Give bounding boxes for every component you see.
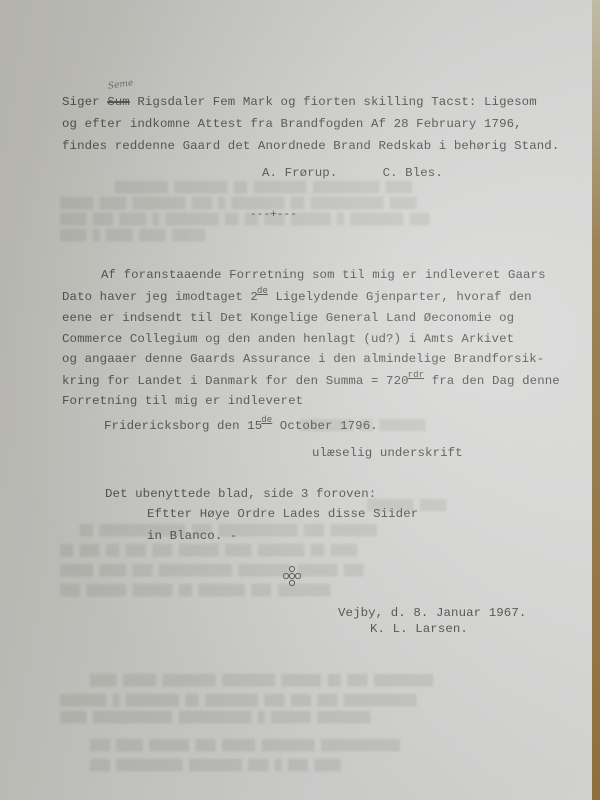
superscript: de xyxy=(261,415,272,425)
three-circles-ornament-icon xyxy=(282,565,302,589)
show-through-text: ████ ███ ████ █ ████████ ██ ██ ███ █████… xyxy=(60,214,430,226)
text-fragment: Dato haver jeg imodtaget 2 xyxy=(62,290,258,304)
text-fragment: Fridericksborg den 15 xyxy=(104,419,262,433)
text-line: Dato haver jeg imodtaget 2de Ligelydende… xyxy=(62,290,532,304)
signature-note: ulæselig underskrift xyxy=(312,446,463,460)
show-through-text: ████ █ ████ ████ █████ xyxy=(60,230,205,242)
show-through-text: ████ █████ ████████ ████████ ██████ ██ █… xyxy=(90,675,433,687)
text-line: kring for Landet i Danmark for den Summa… xyxy=(62,374,560,388)
show-through-text: ███ ██████████ ████████ ███ █ ███ ████ xyxy=(90,760,341,772)
text-fragment: October 1796. xyxy=(272,419,378,433)
text-line: Eftter Høye Ordre Lades disse Siider xyxy=(147,507,418,521)
signatures: A. Frørup. C. Bles. xyxy=(262,166,443,180)
text-line: Commerce Collegium og den anden henlagt … xyxy=(62,332,514,346)
text-fragment: kring for Landet i Danmark for den Summa… xyxy=(62,374,409,388)
text-fragment: Ligelydende Gjenparter, hvoraf den xyxy=(268,290,532,304)
date-line: Fridericksborg den 15de October 1796. xyxy=(104,419,378,433)
show-through-text: █████ ████ ████████ ███ █ ████████ ██ ██… xyxy=(60,198,416,210)
struck-word: Sum xyxy=(107,95,130,109)
show-through-text: █████ ████ ███ ███████████ ████████ ████… xyxy=(60,565,364,577)
text-line: Siger Sum Rigsdaler Fem Mark og fiorten … xyxy=(62,95,537,109)
text-fragment: Siger xyxy=(62,95,107,109)
text-line: Af foranstaaende Forretning som til mig … xyxy=(101,268,546,282)
text-fragment: Rigsdaler Fem Mark og fiorten skilling T… xyxy=(130,95,537,109)
text-fragment: fra den Dag denne xyxy=(424,374,560,388)
show-through-text: ██ ███ ██ ███ ███ ██████ ████ ███████ ██… xyxy=(60,545,357,557)
text-line: og efter indkomne Attest fra Brandfogden… xyxy=(62,117,522,131)
superscript: de xyxy=(257,286,268,296)
closing-place-date: Vejby, d. 8. Januar 1967. xyxy=(338,606,526,620)
show-through-text: ███████ █ ████████ ██ ████████ ███ ███ █… xyxy=(60,695,416,707)
show-through-text: ████ ████████████ ███████████ █ ██████ █… xyxy=(60,712,377,724)
closing-author: K. L. Larsen. xyxy=(370,622,468,636)
document-page: ████████ ████████ ██ ████████ ██████████… xyxy=(0,0,592,800)
text-line: findes reddenne Gaard det Anordnede Bran… xyxy=(62,139,559,153)
text-line: og angaaer denne Gaards Assurance i den … xyxy=(62,352,544,366)
text-line: Forretning til mig er indleveret xyxy=(62,394,303,408)
section-heading: Det ubenyttede blad, side 3 foroven: xyxy=(105,487,376,501)
separator: ---+--- xyxy=(250,209,297,221)
handwritten-correction: Seme xyxy=(107,78,134,91)
text-line: eene er indsendt til Det Kongelige Gener… xyxy=(62,311,514,325)
show-through-text: ████████ ████████ ██ ████████ ██████████… xyxy=(115,182,412,194)
text-line: in Blanco. - xyxy=(147,529,237,543)
superscript: rdr xyxy=(408,370,425,380)
show-through-text: ███ ████ ██████ ███ █████ ████████ █████… xyxy=(90,740,400,752)
